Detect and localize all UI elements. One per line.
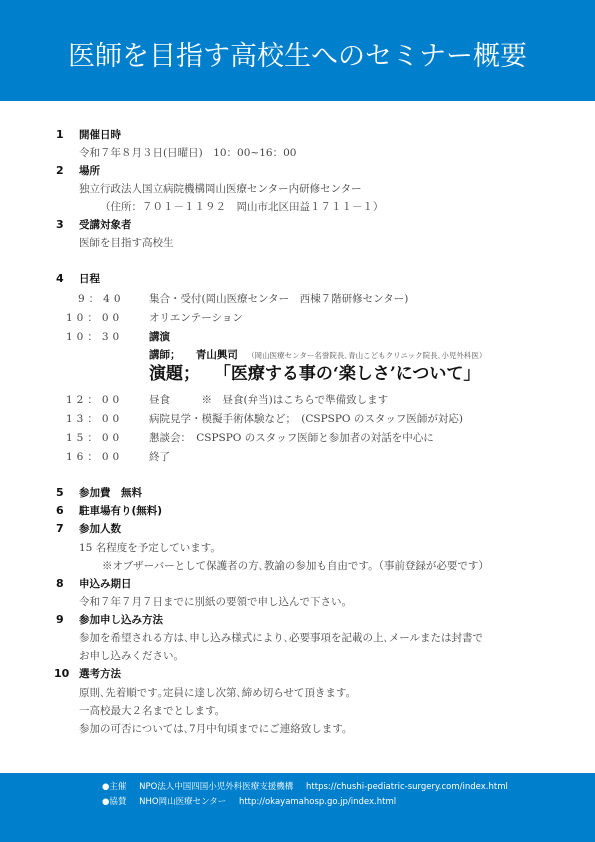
section-number: 6 — [56, 504, 76, 518]
schedule-time: 10：00 — [66, 311, 123, 325]
section-heading-target: 受講対象者 — [79, 218, 132, 232]
schedule-time: 9：40 — [78, 292, 125, 306]
section-heading-venue: 場所 — [79, 164, 100, 178]
section-heading-participants: 参加人数 — [79, 522, 121, 536]
organizer-url-link[interactable]: https://chushi-pediatric-surgery.com/ind… — [306, 782, 508, 792]
lecturer-line: 講師； 青山興司 （岡山医療センター名誉院長､青山こどもクリニック院長､小児外科… — [149, 348, 486, 363]
section-number: 5 — [56, 486, 76, 500]
schedule-time: 15：00 — [66, 431, 123, 445]
lecturer-affiliation: （岡山医療センター名誉院長､青山こどもクリニック院長､小児外科医） — [247, 351, 486, 360]
section-number: 10 — [54, 667, 74, 681]
cosponsor-label: ●協賛 — [102, 797, 126, 807]
lecturer-label: 講師； — [149, 349, 181, 361]
schedule-item: 病院見学・模擬手術体験など； (CSPSPO のスタッフ医師が対応) — [149, 412, 463, 426]
application-text: 参加を希望される方は､申し込み様式により､必要事項を記載の上､メールまたは封書で — [79, 631, 483, 645]
schedule-time: 13：00 — [66, 412, 123, 426]
organizer-label: ●主催 — [102, 782, 126, 792]
date-text: 令和７年８月３日(日曜日) 10：00~16：00 — [79, 146, 296, 160]
schedule-item: 懇談会： CSPSPO のスタッフ医師と参加者の対話を中心に — [149, 431, 434, 445]
application-text: お申し込みください。 — [79, 649, 184, 663]
schedule-item: 終了 — [149, 450, 170, 464]
organizer-name: NPO法人中国四国小児外科医療支援機構 — [139, 782, 293, 792]
schedule-time: 12：00 — [66, 393, 123, 407]
venue-text: 独立行政法人国立病院機構岡山医療センター内研修センター — [79, 182, 362, 196]
cosponsor-url-link[interactable]: http://okayamahosp.go.jp/index.html — [239, 797, 396, 807]
page-title: 医師を目指す高校生へのセミナー概要 — [0, 40, 595, 74]
section-number: 8 — [56, 577, 76, 591]
lecture-title: 「医療する事の‘楽しさ’について」 — [214, 364, 481, 384]
observer-note: ※オブザーバーとして保護者の方､教諭の参加も自由です。（事前登録が必要です） — [102, 559, 489, 573]
section-number: 4 — [56, 272, 76, 286]
section-number: 3 — [56, 218, 76, 232]
section-heading-date: 開催日時 — [79, 128, 121, 142]
section-heading-fee: 参加費 無料 — [79, 486, 142, 500]
selection-text: 一高校最大２名までとします。 — [79, 704, 225, 718]
target-text: 医師を目指す高校生 — [79, 236, 174, 250]
section-heading-selection: 選考方法 — [79, 667, 121, 681]
lecture-title-label: 演題； — [149, 364, 200, 384]
schedule-time: 10：30 — [66, 330, 123, 344]
section-number: 7 — [56, 522, 76, 536]
selection-text: 原則､先着順です｡定員に達し次第､締め切らせて頂きます。 — [79, 686, 356, 700]
header-banner: 医師を目指す高校生へのセミナー概要 — [0, 0, 595, 101]
selection-text: 参加の可否については､7月中旬頃までにご連絡致します。 — [79, 722, 352, 736]
section-heading-parking: 駐車場有り(無料) — [79, 504, 162, 518]
cosponsor-name: NHO岡山医療センター — [139, 797, 226, 807]
schedule-item: 集合・受付(岡山医療センター 西棟７階研修センター) — [149, 292, 408, 306]
footer-banner: ●主催 NPO法人中国四国小児外科医療支援機構 https://chushi-p… — [0, 773, 595, 842]
section-heading-deadline: 申込み期日 — [79, 577, 132, 591]
participants-text: 15 名程度を予定しています。 — [79, 541, 221, 555]
section-heading-application: 参加申し込み方法 — [79, 613, 163, 627]
organizer-line: ●主催 NPO法人中国四国小児外科医療支援機構 https://chushi-p… — [102, 782, 518, 793]
lecturer-name: 青山興司 — [196, 349, 238, 361]
schedule-item: 昼食 ※ 昼食(弁当)はこちらで準備致します — [149, 393, 388, 407]
schedule-item-lecture: 講演 — [149, 330, 170, 344]
section-heading-schedule: 日程 — [79, 272, 100, 286]
deadline-text: 令和７年７月７日までに別紙の要領で申し込んで下さい。 — [79, 595, 352, 609]
schedule-item: オリエンテーション — [149, 311, 243, 325]
section-number: 9 — [56, 613, 76, 627]
section-number: 1 — [56, 128, 76, 142]
schedule-time: 16：00 — [66, 450, 123, 464]
cosponsor-line: ●協賛 NHO岡山医療センター http://okayamahosp.go.jp… — [102, 797, 406, 808]
lecture-title-line: 演題； 「医療する事の‘楽しさ’について」 — [149, 364, 480, 384]
venue-address: （住所：７０１－１１９２ 岡山市北区田益１７１１－１） — [100, 200, 384, 214]
section-number: 2 — [56, 164, 76, 178]
